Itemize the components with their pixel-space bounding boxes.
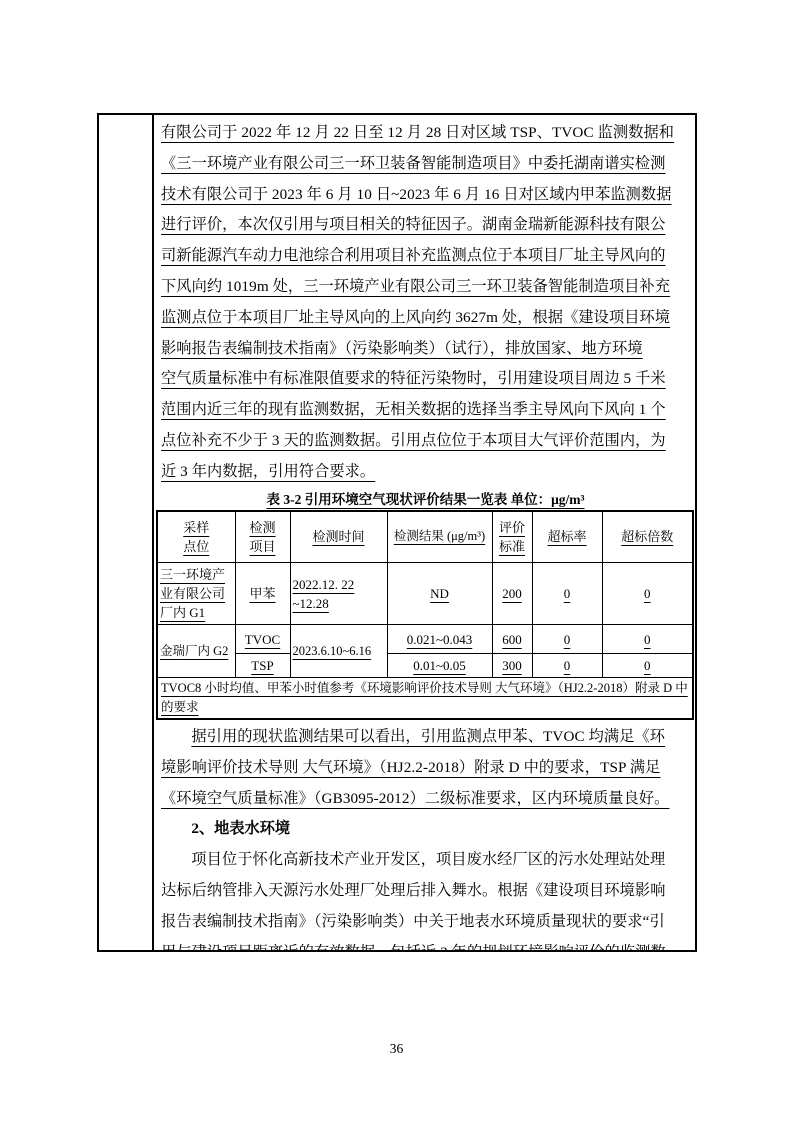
cell-item-toluene: 甲苯 xyxy=(235,563,290,625)
col-header-standard: 评价 标准 xyxy=(492,511,532,563)
table-footnote: TVOC8 小时均值、甲苯小时值参考《环境影响评价技术导则 大气环境》（HJ2.… xyxy=(157,678,693,720)
col-header-sampling-point: 采样 点位 xyxy=(157,511,235,563)
cell-standard-tvoc: 600 xyxy=(492,625,532,654)
cell-item-tsp: TSP xyxy=(235,654,290,678)
document-page: 有限公司于 2022 年 12 月 22 日至 12 月 28 日对区域 TSP… xyxy=(0,0,793,1122)
air-quality-results-table: 采样 点位 检测 项目 检测时间 检测结果 (μg/m³) 评价 标准 超标率 … xyxy=(156,510,694,721)
cell-result-g1: ND xyxy=(387,563,492,625)
cell-multiple-g1: 0 xyxy=(602,563,693,625)
col-header-test-item: 检测 项目 xyxy=(235,511,290,563)
form-left-column xyxy=(99,115,154,950)
table-row-g1: 三一环境产业有限公司厂内 G1 甲苯 2022.12. 22 ~12.28 ND… xyxy=(157,563,693,625)
cell-standard-g1: 200 xyxy=(492,563,532,625)
cell-multiple-tsp: 0 xyxy=(602,654,693,678)
table-header-row: 采样 点位 检测 项目 检测时间 检测结果 (μg/m³) 评价 标准 超标率 … xyxy=(157,511,693,563)
form-content-cell: 有限公司于 2022 年 12 月 22 日至 12 月 28 日对区域 TSP… xyxy=(154,115,695,950)
col-header-test-time: 检测时间 xyxy=(290,511,387,563)
cell-item-tvoc: TVOC xyxy=(235,625,290,654)
page-number: 36 xyxy=(0,1041,793,1057)
cell-rate-tvoc: 0 xyxy=(532,625,602,654)
cell-result-tsp: 0.01~0.05 xyxy=(387,654,492,678)
cell-standard-tsp: 300 xyxy=(492,654,532,678)
table-row-g2-tsp: TSP 0.01~0.05 300 0 0 xyxy=(157,654,693,678)
cell-result-tvoc: 0.021~0.043 xyxy=(387,625,492,654)
table-footnote-row: TVOC8 小时均值、甲苯小时值参考《环境影响评价技术导则 大气环境》（HJ2.… xyxy=(157,678,693,720)
paragraph-air-monitoring: 有限公司于 2022 年 12 月 22 日至 12 月 28 日对区域 TSP… xyxy=(161,118,690,488)
cell-point-g1: 三一环境产业有限公司厂内 G1 xyxy=(157,563,235,625)
col-header-test-result: 检测结果 (μg/m³) xyxy=(387,511,492,563)
col-header-exceed-rate: 超标率 xyxy=(532,511,602,563)
form-table: 有限公司于 2022 年 12 月 22 日至 12 月 28 日对区域 TSP… xyxy=(97,113,697,952)
table-caption: 表 3-2 引用环境空气现状评价结果一览表 单位：μg/m³ xyxy=(161,490,690,510)
table-row-g2-tvoc: 金瑞厂内 G2 TVOC 2023.6.10~6.16 0.021~0.043 … xyxy=(157,625,693,654)
cell-rate-tsp: 0 xyxy=(532,654,602,678)
cell-time-g1: 2022.12. 22 ~12.28 xyxy=(290,563,387,625)
cell-rate-g1: 0 xyxy=(532,563,602,625)
paragraph-conclusion: 据引用的现状监测结果可以看出，引用监测点甲苯、TVOC 均满足《环 境影响评价技… xyxy=(161,722,690,814)
paragraph-surface-water: 项目位于怀化高新技术产业开发区，项目废水经厂区的污水处理站处理 达标后纳管排入天… xyxy=(161,845,690,950)
section-heading-surface-water: 2、地表水环境 xyxy=(161,814,690,845)
cell-time-g2: 2023.6.10~6.16 xyxy=(290,625,387,678)
cell-point-g2: 金瑞厂内 G2 xyxy=(157,625,235,678)
col-header-exceed-multiple: 超标倍数 xyxy=(602,511,693,563)
cell-multiple-tvoc: 0 xyxy=(602,625,693,654)
